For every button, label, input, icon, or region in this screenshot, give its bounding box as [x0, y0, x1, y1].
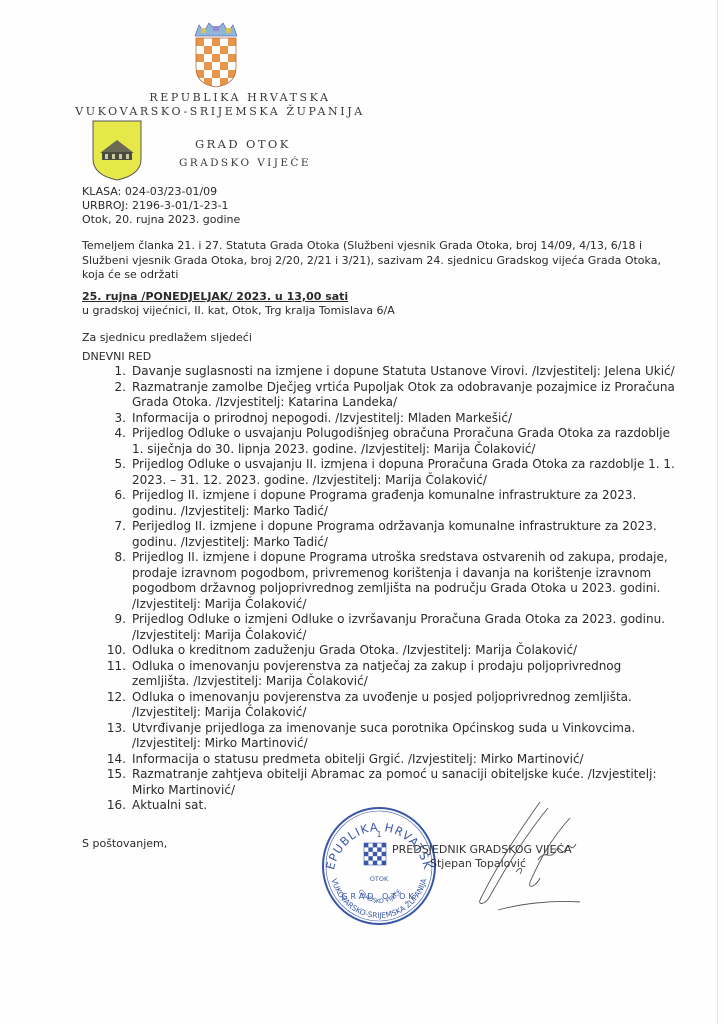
croatian-coat-of-arms-icon [193, 22, 239, 88]
agenda-item: 7.Perijedlog II. izmjene i dopune Progra… [82, 519, 682, 550]
agenda-item: 5.Prijedlog Odluke o usvajanju II. izmje… [82, 457, 682, 488]
county-heading: VUKOVARSKO-SRIJEMSKA ŽUPANIJA [0, 105, 440, 118]
stamp-inner-bottom: GRAD OTOK [341, 892, 416, 901]
country-heading: REPUBLIKA HRVATSKA [30, 91, 450, 104]
agenda-item: 10.Odluka o kreditnom zaduženju Grada Ot… [82, 643, 682, 659]
agenda-item: 2.Razmatranje zamolbe Dječjeg vrtića Pup… [82, 380, 682, 411]
proposal-line: Za sjednicu predlažem sljedeći [82, 331, 682, 346]
session-location: u gradskoj vijećnici, II. kat, Otok, Trg… [82, 304, 682, 319]
intro-paragraph: Temeljem članka 21. i 27. Statuta Grada … [82, 239, 682, 283]
stamp-inner-city: OTOK [370, 875, 389, 883]
council-heading: GRADSKO VIJEĆE [179, 157, 311, 169]
signer-name: Stjepan Topalović [392, 857, 572, 871]
agenda-item: 1.Davanje suglasnosti na izmjene i dopun… [82, 364, 682, 380]
agenda-item: 6.Prijedlog II. izmjene i dopune Program… [82, 488, 682, 519]
agenda-title: DNEVNI RED [82, 350, 151, 363]
place-date: Otok, 20. rujna 2023. godine [82, 213, 240, 227]
signer-block: PREDSJEDNIK GRADSKOG VIJEĆA Stjepan Topa… [392, 843, 572, 871]
greeting: S poštovanjem, [82, 837, 167, 850]
agenda-item: 9.Prijedlog Odluke o izmjeni Odluke o iz… [82, 612, 682, 643]
document-page: REPUBLIKA HRVATSKA VUKOVARSKO-SRIJEMSKA … [0, 0, 724, 1024]
agenda-item: 12.Odluka o imenovanju povjerenstva za u… [82, 690, 682, 721]
agenda-item: 3.Informacija o prirodnoj nepogodi. /Izv… [82, 411, 682, 427]
klasa: KLASA: 024-03/23-01/09 [82, 185, 217, 199]
urbroj: URBROJ: 2196-3-01/1-23-1 [82, 199, 229, 213]
stamp-number: 1 [376, 830, 381, 839]
session-datetime: 25. rujna /PONEDJELJAK/ 2023. u 13,00 sa… [82, 290, 682, 305]
otok-coat-of-arms-icon [91, 119, 143, 181]
agenda-list: 1.Davanje suglasnosti na izmjene i dopun… [82, 364, 682, 814]
agenda-item: 15.Razmatranje zahtjeva obitelji Abramac… [82, 767, 682, 798]
page-edge [717, 0, 718, 1024]
agenda-item: 11.Odluka o imenovanju povjerenstva za n… [82, 659, 682, 690]
agenda-item: 13.Utvrđivanje prijedloga za imenovanje … [82, 721, 682, 752]
signer-title: PREDSJEDNIK GRADSKOG VIJEĆA [392, 843, 572, 857]
agenda-item: 14.Informacija o statusu predmeta obitel… [82, 752, 682, 768]
agenda-item: 4.Prijedlog Odluke o usvajanju Polugodiš… [82, 426, 682, 457]
city-heading: GRAD OTOK [195, 137, 291, 151]
agenda-item: 8.Prijedlog II. izmjene i dopune Program… [82, 550, 682, 612]
